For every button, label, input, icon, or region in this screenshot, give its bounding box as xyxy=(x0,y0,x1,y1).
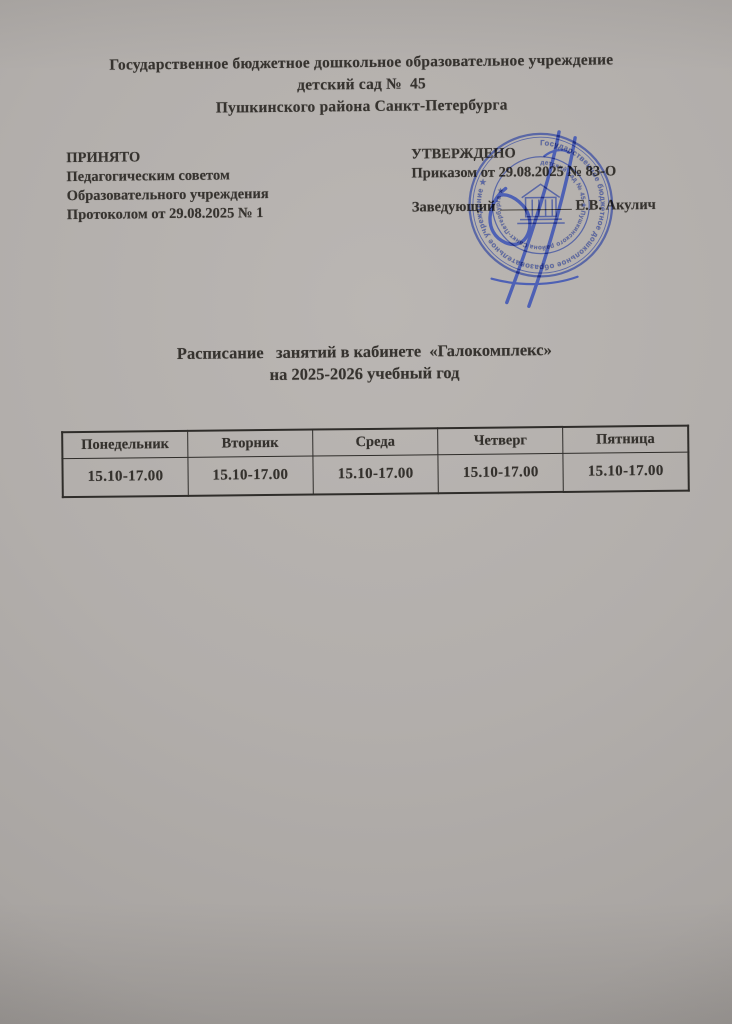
schedule-table: Понедельник Вторник Среда Четверг Пятниц… xyxy=(61,425,690,499)
accepted-line3: Протоколом от 29.08.2025 № 1 xyxy=(67,204,269,225)
accepted-block: ПРИНЯТО Педагогическим советом Образоват… xyxy=(66,147,269,225)
day-header-thursday: Четверг xyxy=(438,427,563,455)
document-page: Государственное бюджетное дошкольное обр… xyxy=(0,0,732,1024)
time-cell-tuesday: 15.10-17.00 xyxy=(188,456,314,496)
accepted-title: ПРИНЯТО xyxy=(66,147,268,168)
signature-ink xyxy=(474,125,606,324)
day-header-wednesday: Среда xyxy=(313,428,438,456)
accepted-line1: Педагогическим советом xyxy=(66,166,268,187)
accepted-line2: Образовательного учреждения xyxy=(67,185,269,206)
document-title: Расписание занятий в кабинете «Галокомпл… xyxy=(0,337,731,389)
time-cell-friday: 15.10-17.00 xyxy=(563,452,689,492)
time-cell-monday: 15.10-17.00 xyxy=(62,457,188,497)
org-header: Государственное бюджетное дошкольное обр… xyxy=(0,48,728,122)
time-cell-wednesday: 15.10-17.00 xyxy=(313,455,439,495)
time-cell-thursday: 15.10-17.00 xyxy=(438,453,564,493)
document-photo: Государственное бюджетное дошкольное обр… xyxy=(0,0,732,1024)
day-header-monday: Понедельник xyxy=(62,431,187,459)
day-header-tuesday: Вторник xyxy=(187,430,312,458)
schedule-times-row: 15.10-17.00 15.10-17.00 15.10-17.00 15.1… xyxy=(62,452,688,497)
day-header-friday: Пятница xyxy=(563,426,689,454)
